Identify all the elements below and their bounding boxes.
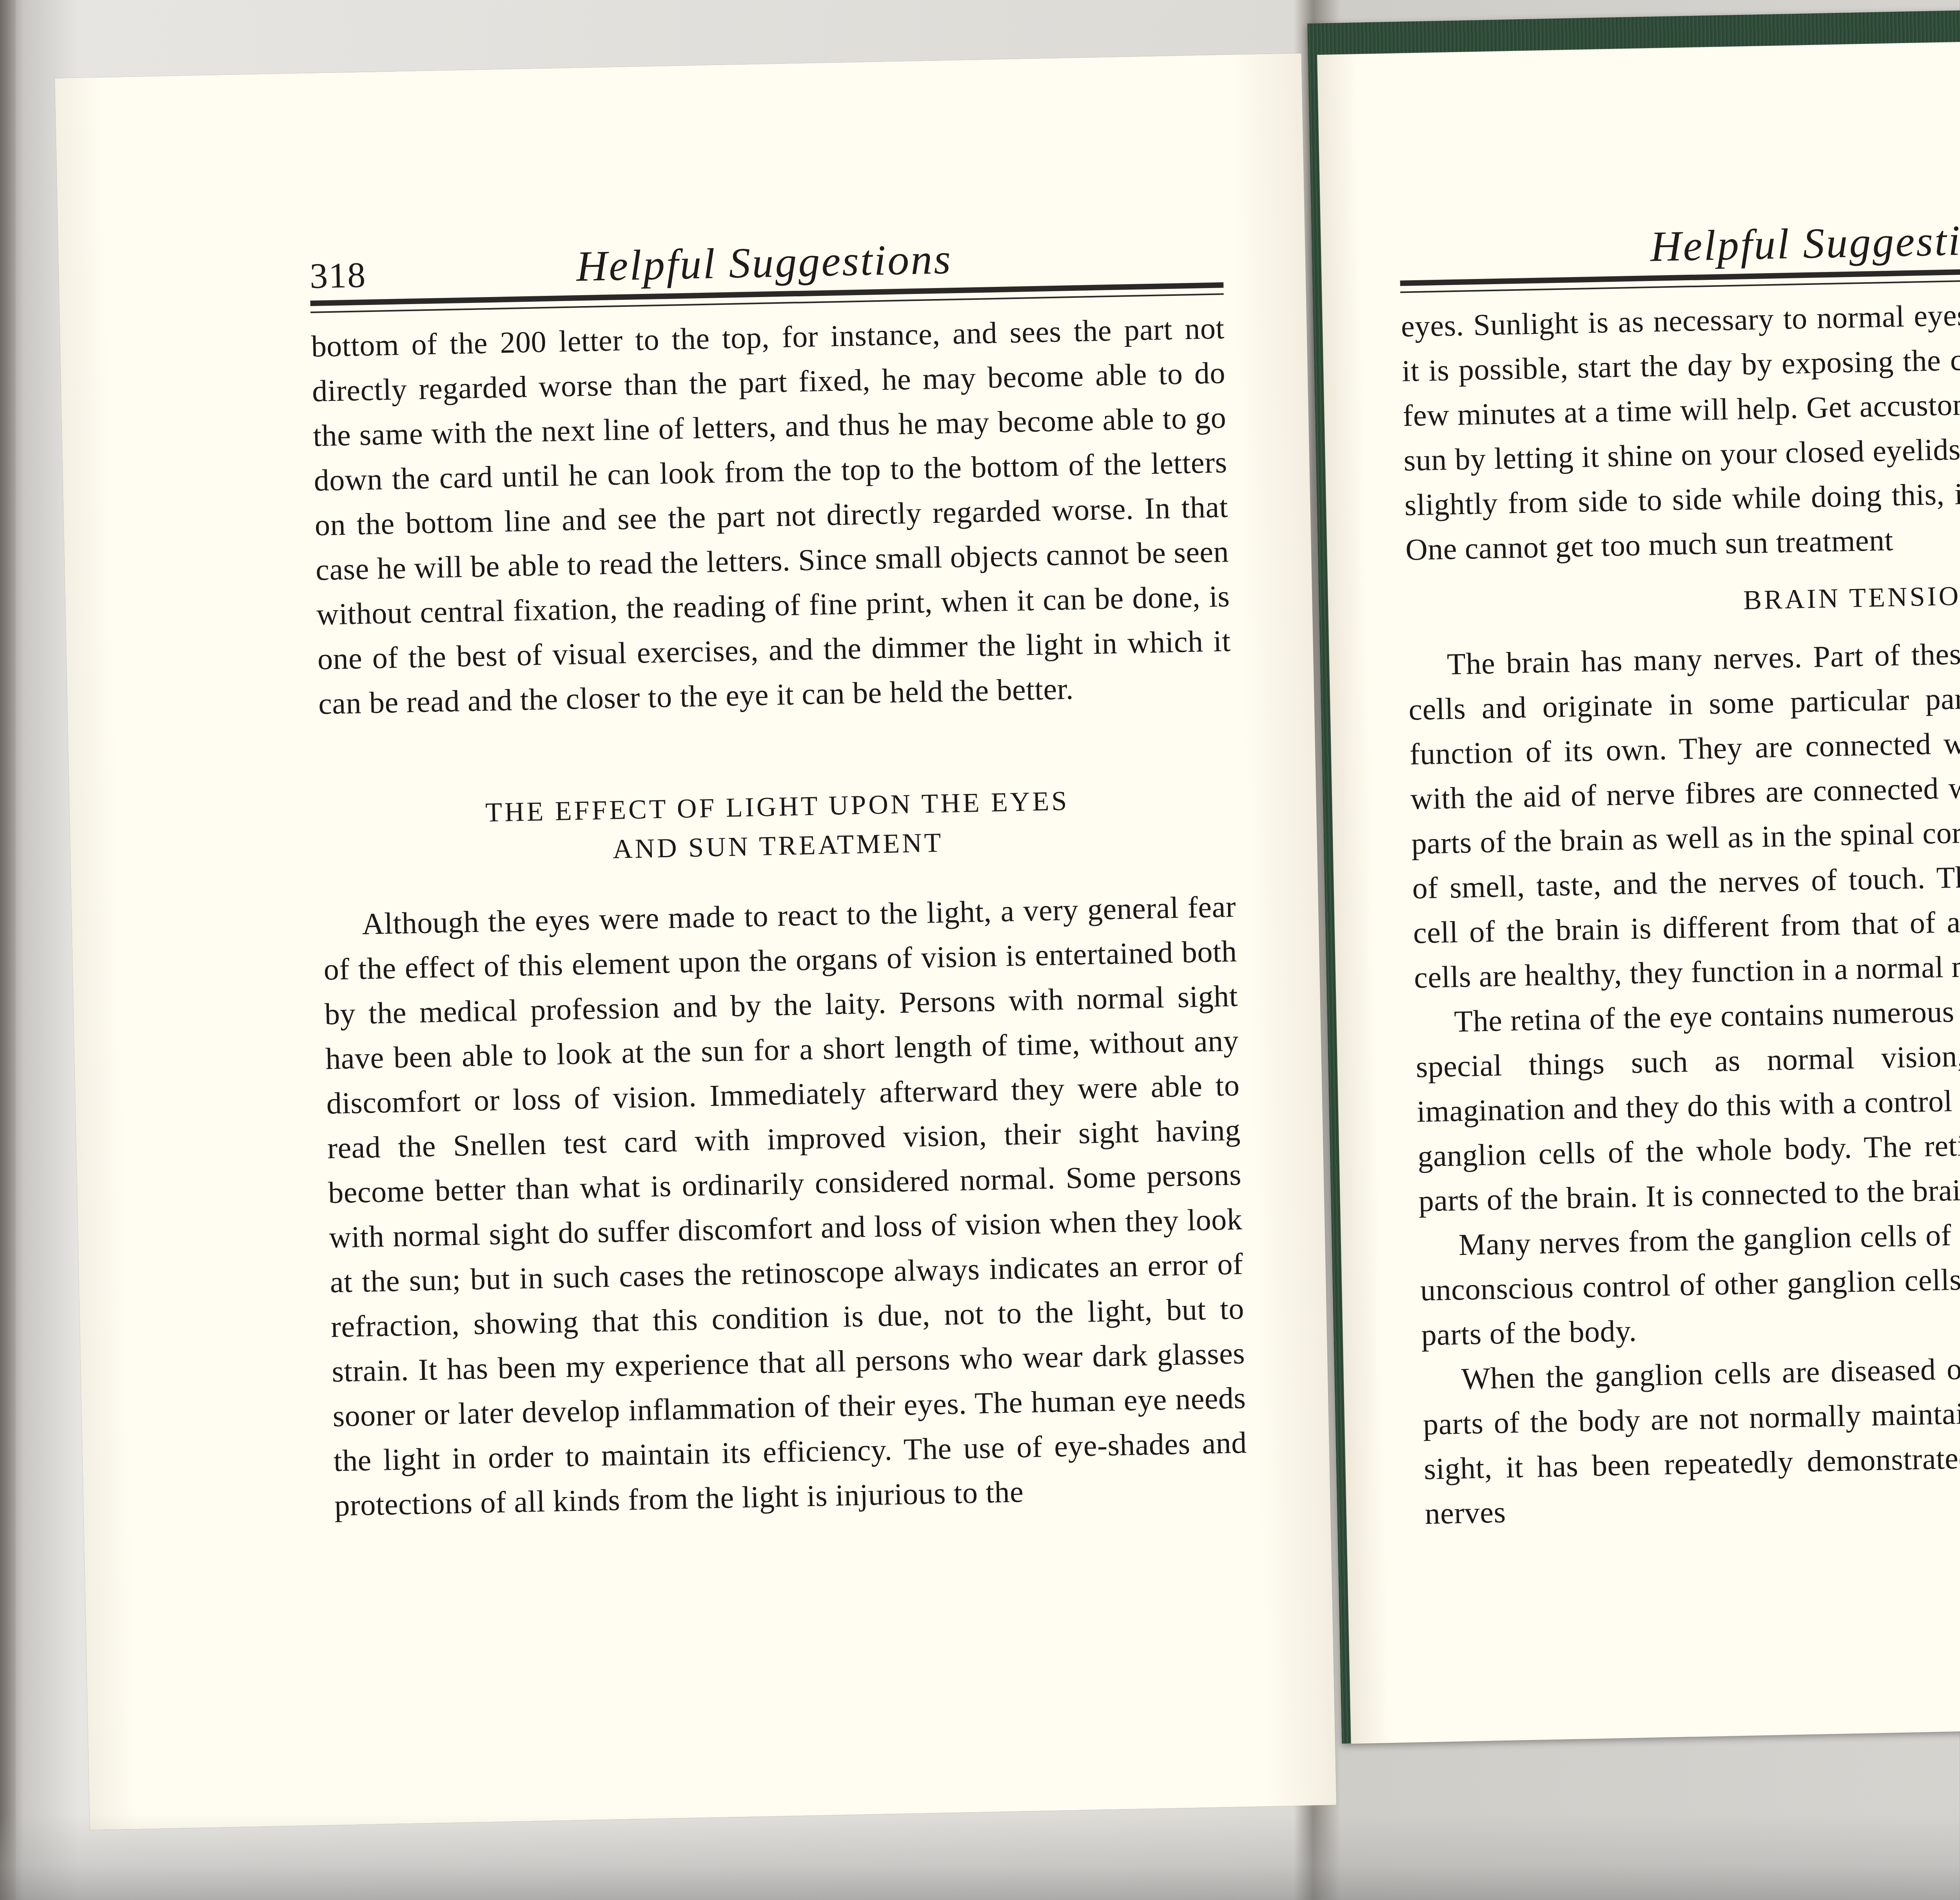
paragraph: When the ganglion cells are diseased or … bbox=[1422, 1339, 1960, 1536]
body-text-right: eyes. Sunlight is as necessary to normal… bbox=[1401, 286, 1960, 1536]
page-318: 318 Helpful Suggestions bottom of the 20… bbox=[55, 53, 1336, 1830]
page-319: Helpful Suggestions 319 eyes. Sunlight i… bbox=[1317, 30, 1960, 1744]
continued-paragraph: bottom of the 200 letter to the top, for… bbox=[311, 306, 1232, 726]
running-head-right: Helpful Suggestions 319 bbox=[1399, 199, 1960, 288]
section-heading-brain-tension: BRAIN TENSION bbox=[1406, 569, 1960, 627]
scan-bottom-shadow bbox=[0, 1814, 1960, 1900]
running-head-title: Helpful Suggestions bbox=[576, 234, 953, 291]
running-head-left: 318 Helpful Suggestions bbox=[309, 219, 1223, 308]
paragraph: Although the eyes were made to react to … bbox=[322, 884, 1248, 1528]
page-number: 318 bbox=[309, 254, 367, 297]
paragraph: Many nerves from the ganglion cells of t… bbox=[1419, 1205, 1960, 1358]
continued-paragraph: eyes. Sunlight is as necessary to normal… bbox=[1401, 286, 1960, 572]
body-text-left: bottom of the 200 letter to the top, for… bbox=[311, 306, 1248, 1528]
section-heading-light-sun: THE EFFECT OF LIGHT UPON THE EYES AND SU… bbox=[320, 778, 1235, 875]
paragraph: The retina of the eye contains numerous … bbox=[1414, 982, 1960, 1224]
scanner-edge bbox=[0, 0, 16, 1900]
running-head-title: Helpful Suggestions bbox=[1650, 214, 1960, 272]
paragraph: The brain has many nerves. Part of these… bbox=[1407, 624, 1960, 1000]
